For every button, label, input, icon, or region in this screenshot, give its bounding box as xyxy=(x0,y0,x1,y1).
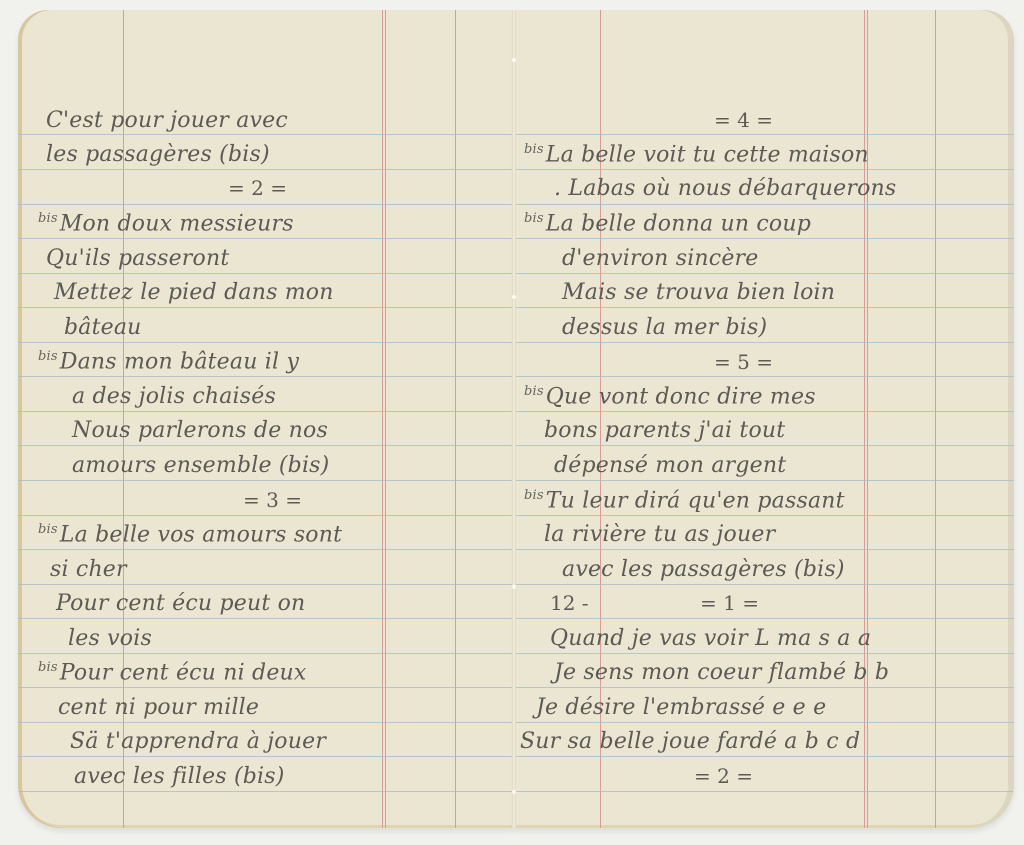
handwritten-line: dessus la mer bis) xyxy=(562,315,767,340)
column-line xyxy=(864,10,865,828)
column-line xyxy=(382,10,383,828)
rule-line xyxy=(18,653,514,654)
handwritten-line: Sur sa belle joue fardé a b c d xyxy=(520,729,860,754)
handwritten-line: Nous parlerons de nos xyxy=(72,418,328,443)
stitch-hole xyxy=(512,58,516,62)
repeat-marker: bis xyxy=(38,349,58,364)
rule-line xyxy=(514,722,1014,723)
handwritten-line: bisDans mon bâteau il y xyxy=(38,349,299,374)
column-line xyxy=(935,10,936,828)
handwritten-line: bisLa belle donna un coup xyxy=(524,211,811,236)
rule-line xyxy=(514,687,1014,688)
rule-line xyxy=(514,480,1014,481)
repeat-marker: bis xyxy=(524,488,544,503)
handwritten-line: les passagères (bis) xyxy=(46,142,270,167)
right-page: = 4 = bisLa belle voit tu cette maison .… xyxy=(514,10,1014,828)
handwritten-line: C'est pour jouer avec xyxy=(46,108,288,133)
stitch-hole xyxy=(512,790,516,794)
handwritten-line: avec les filles (bis) xyxy=(74,764,285,789)
stanza-number: = 4 = xyxy=(714,108,773,132)
handwritten-line: Pour cent écu peut on xyxy=(56,591,305,616)
rule-line xyxy=(514,653,1014,654)
handwritten-line: bisPour cent écu ni deux xyxy=(38,660,307,685)
rule-line xyxy=(18,411,514,412)
rule-line xyxy=(18,273,514,274)
repeat-marker: bis xyxy=(38,660,58,675)
handwritten-line: Mais se trouva bien loin xyxy=(562,280,835,305)
page-number: 12 - xyxy=(550,591,589,615)
rule-line xyxy=(514,273,1014,274)
handwritten-line: amours ensemble (bis) xyxy=(72,453,329,478)
binding-gutter xyxy=(512,10,516,828)
rule-line xyxy=(18,342,514,343)
rule-line xyxy=(18,307,514,308)
rule-line xyxy=(18,722,514,723)
handwritten-line: la rivière tu as jouer xyxy=(544,522,775,547)
stanza-number: = 1 = xyxy=(700,591,759,615)
stanza-number: = 2 = xyxy=(694,764,753,788)
repeat-marker: bis xyxy=(524,211,544,226)
rule-line xyxy=(18,687,514,688)
handwritten-line: bisLa belle voit tu cette maison xyxy=(524,142,869,167)
stanza-number: = 2 = xyxy=(228,176,287,200)
handwritten-line: bons parents j'ai tout xyxy=(544,418,785,443)
rule-line xyxy=(514,134,1014,135)
rule-line xyxy=(514,515,1014,516)
handwritten-line: d'environ sincère xyxy=(562,246,758,271)
handwritten-line: Qu'ils passeront xyxy=(46,246,229,271)
handwritten-line: les vois xyxy=(68,626,152,651)
handwritten-line: . Labas où nous débarquerons xyxy=(554,176,896,201)
repeat-marker: bis xyxy=(38,522,58,537)
handwritten-line: Je sens mon coeur flambé b b xyxy=(554,660,889,685)
repeat-marker: bis xyxy=(38,211,58,226)
rule-line xyxy=(514,756,1014,757)
handwritten-line: cent ni pour mille xyxy=(58,695,259,720)
rule-line xyxy=(18,791,514,792)
column-line xyxy=(455,10,456,828)
handwritten-line: avec les passagères (bis) xyxy=(562,557,845,582)
rule-line xyxy=(514,584,1014,585)
rule-line xyxy=(514,307,1014,308)
handwritten-line: bisMon doux messieurs xyxy=(38,211,294,236)
rule-line xyxy=(514,204,1014,205)
rule-line xyxy=(18,445,514,446)
handwritten-line: Quand je vas voir L ma s a a xyxy=(550,626,871,651)
rule-line xyxy=(514,618,1014,619)
rule-line xyxy=(514,411,1014,412)
rule-line xyxy=(18,204,514,205)
rule-line xyxy=(18,584,514,585)
rule-line xyxy=(514,169,1014,170)
rule-line xyxy=(18,376,514,377)
rule-line xyxy=(18,134,514,135)
handwritten-line: Mettez le pied dans mon xyxy=(54,280,334,305)
handwritten-line: si cher xyxy=(50,557,127,582)
stitch-hole xyxy=(512,295,516,299)
rule-line xyxy=(18,756,514,757)
handwritten-line: dépensé mon argent xyxy=(554,453,786,478)
stanza-number: = 5 = xyxy=(714,350,773,374)
rule-line xyxy=(514,342,1014,343)
rule-line xyxy=(514,376,1014,377)
column-line xyxy=(867,10,868,828)
rule-line xyxy=(514,791,1014,792)
rule-line xyxy=(514,549,1014,550)
handwritten-line: Sä t'apprendra à jouer xyxy=(70,729,326,754)
rule-line xyxy=(514,445,1014,446)
repeat-marker: bis xyxy=(524,142,544,157)
handwritten-line: bâteau xyxy=(64,315,142,340)
rule-line xyxy=(18,549,514,550)
column-line xyxy=(385,10,386,828)
rule-line xyxy=(18,515,514,516)
left-page: C'est pour jouer avec les passagères (bi… xyxy=(18,10,514,828)
handwritten-line: Je désire l'embrassé e e e xyxy=(536,695,826,720)
stanza-number: = 3 = xyxy=(243,488,302,512)
stitch-hole xyxy=(512,585,516,589)
handwritten-line: bisQue vont donc dire mes xyxy=(524,384,816,409)
handwritten-line: bisTu leur dirá qu'en passant xyxy=(524,488,845,513)
rule-line xyxy=(18,238,514,239)
notebook-spread: C'est pour jouer avec les passagères (bi… xyxy=(18,10,1016,830)
handwritten-line: a des jolis chaisés xyxy=(72,384,276,409)
handwritten-line: bisLa belle vos amours sont xyxy=(38,522,342,547)
rule-line xyxy=(514,238,1014,239)
rule-line xyxy=(18,480,514,481)
rule-line xyxy=(18,618,514,619)
repeat-marker: bis xyxy=(524,384,544,399)
rule-line xyxy=(18,169,514,170)
